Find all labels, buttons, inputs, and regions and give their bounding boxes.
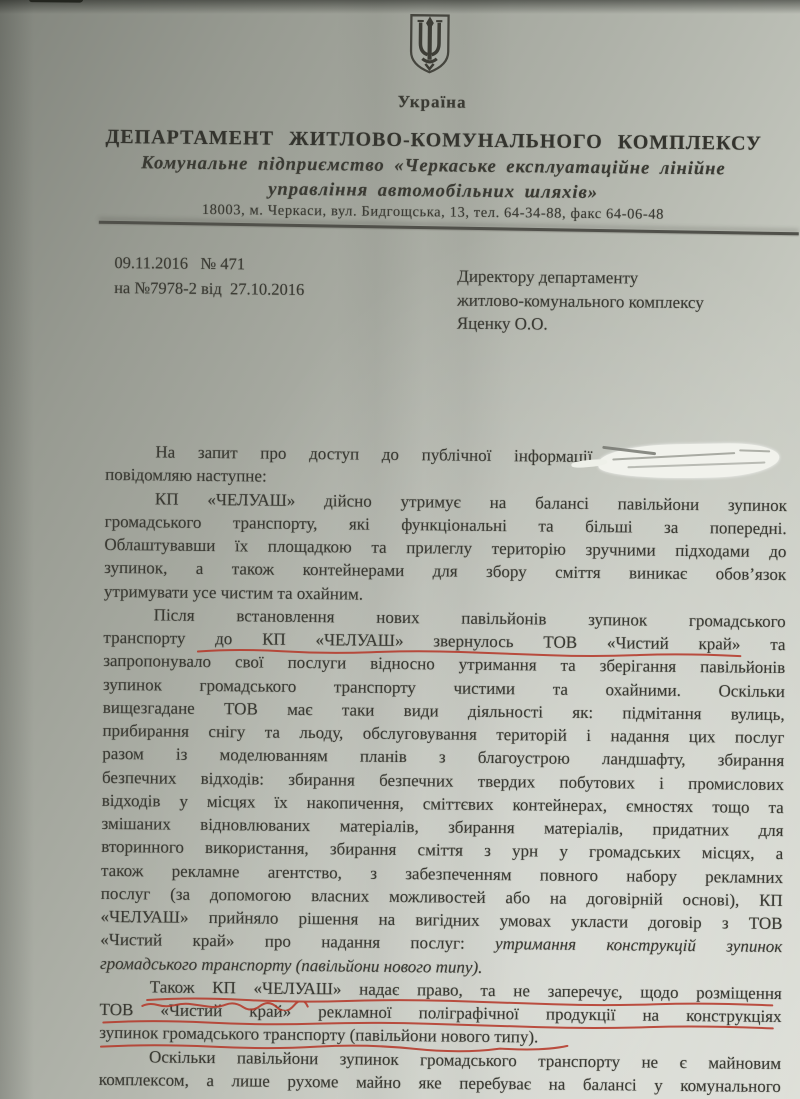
- letter-sheet: Україна ДЕПАРТАМЕНТ ЖИТЛОВО-КОМУНАЛЬНОГО…: [0, 0, 800, 1099]
- redaction-streak: [739, 450, 770, 453]
- recipient-line: Директору департаменту: [457, 265, 704, 291]
- department-title: ДЕПАРТАМЕНТ ЖИТЛОВО-КОМУНАЛЬНОГО КОМПЛЕК…: [64, 125, 800, 156]
- in-reply-to: на №7978-2 від 27.10.2016: [114, 278, 304, 299]
- redaction-streak: [627, 461, 765, 468]
- company-name-line1: Комунальне підприємство «Черкаське експл…: [63, 152, 800, 181]
- tryzub-emblem: [406, 12, 453, 76]
- outgoing-number: 09.11.2016 № 471: [114, 253, 245, 273]
- document-photo: Україна ДЕПАРТАМЕНТ ЖИТЛОВО-КОМУНАЛЬНОГО…: [0, 0, 800, 1099]
- redaction-streak: [613, 452, 736, 460]
- country-name: Україна: [54, 88, 800, 116]
- recipient-line: Яценку О.О.: [457, 312, 704, 338]
- reference-block: 09.11.2016 № 471 на №7978-2 від 27.10.20…: [114, 250, 305, 302]
- photo-artifact-dark-blob: [29, 0, 84, 3]
- recipient-line: житлово-комунального комплексу: [457, 288, 704, 314]
- recipient-block: Директору департаменту житлово-комунальн…: [457, 265, 705, 338]
- body-text: На запит про доступ до публічної інформа…: [99, 440, 788, 1098]
